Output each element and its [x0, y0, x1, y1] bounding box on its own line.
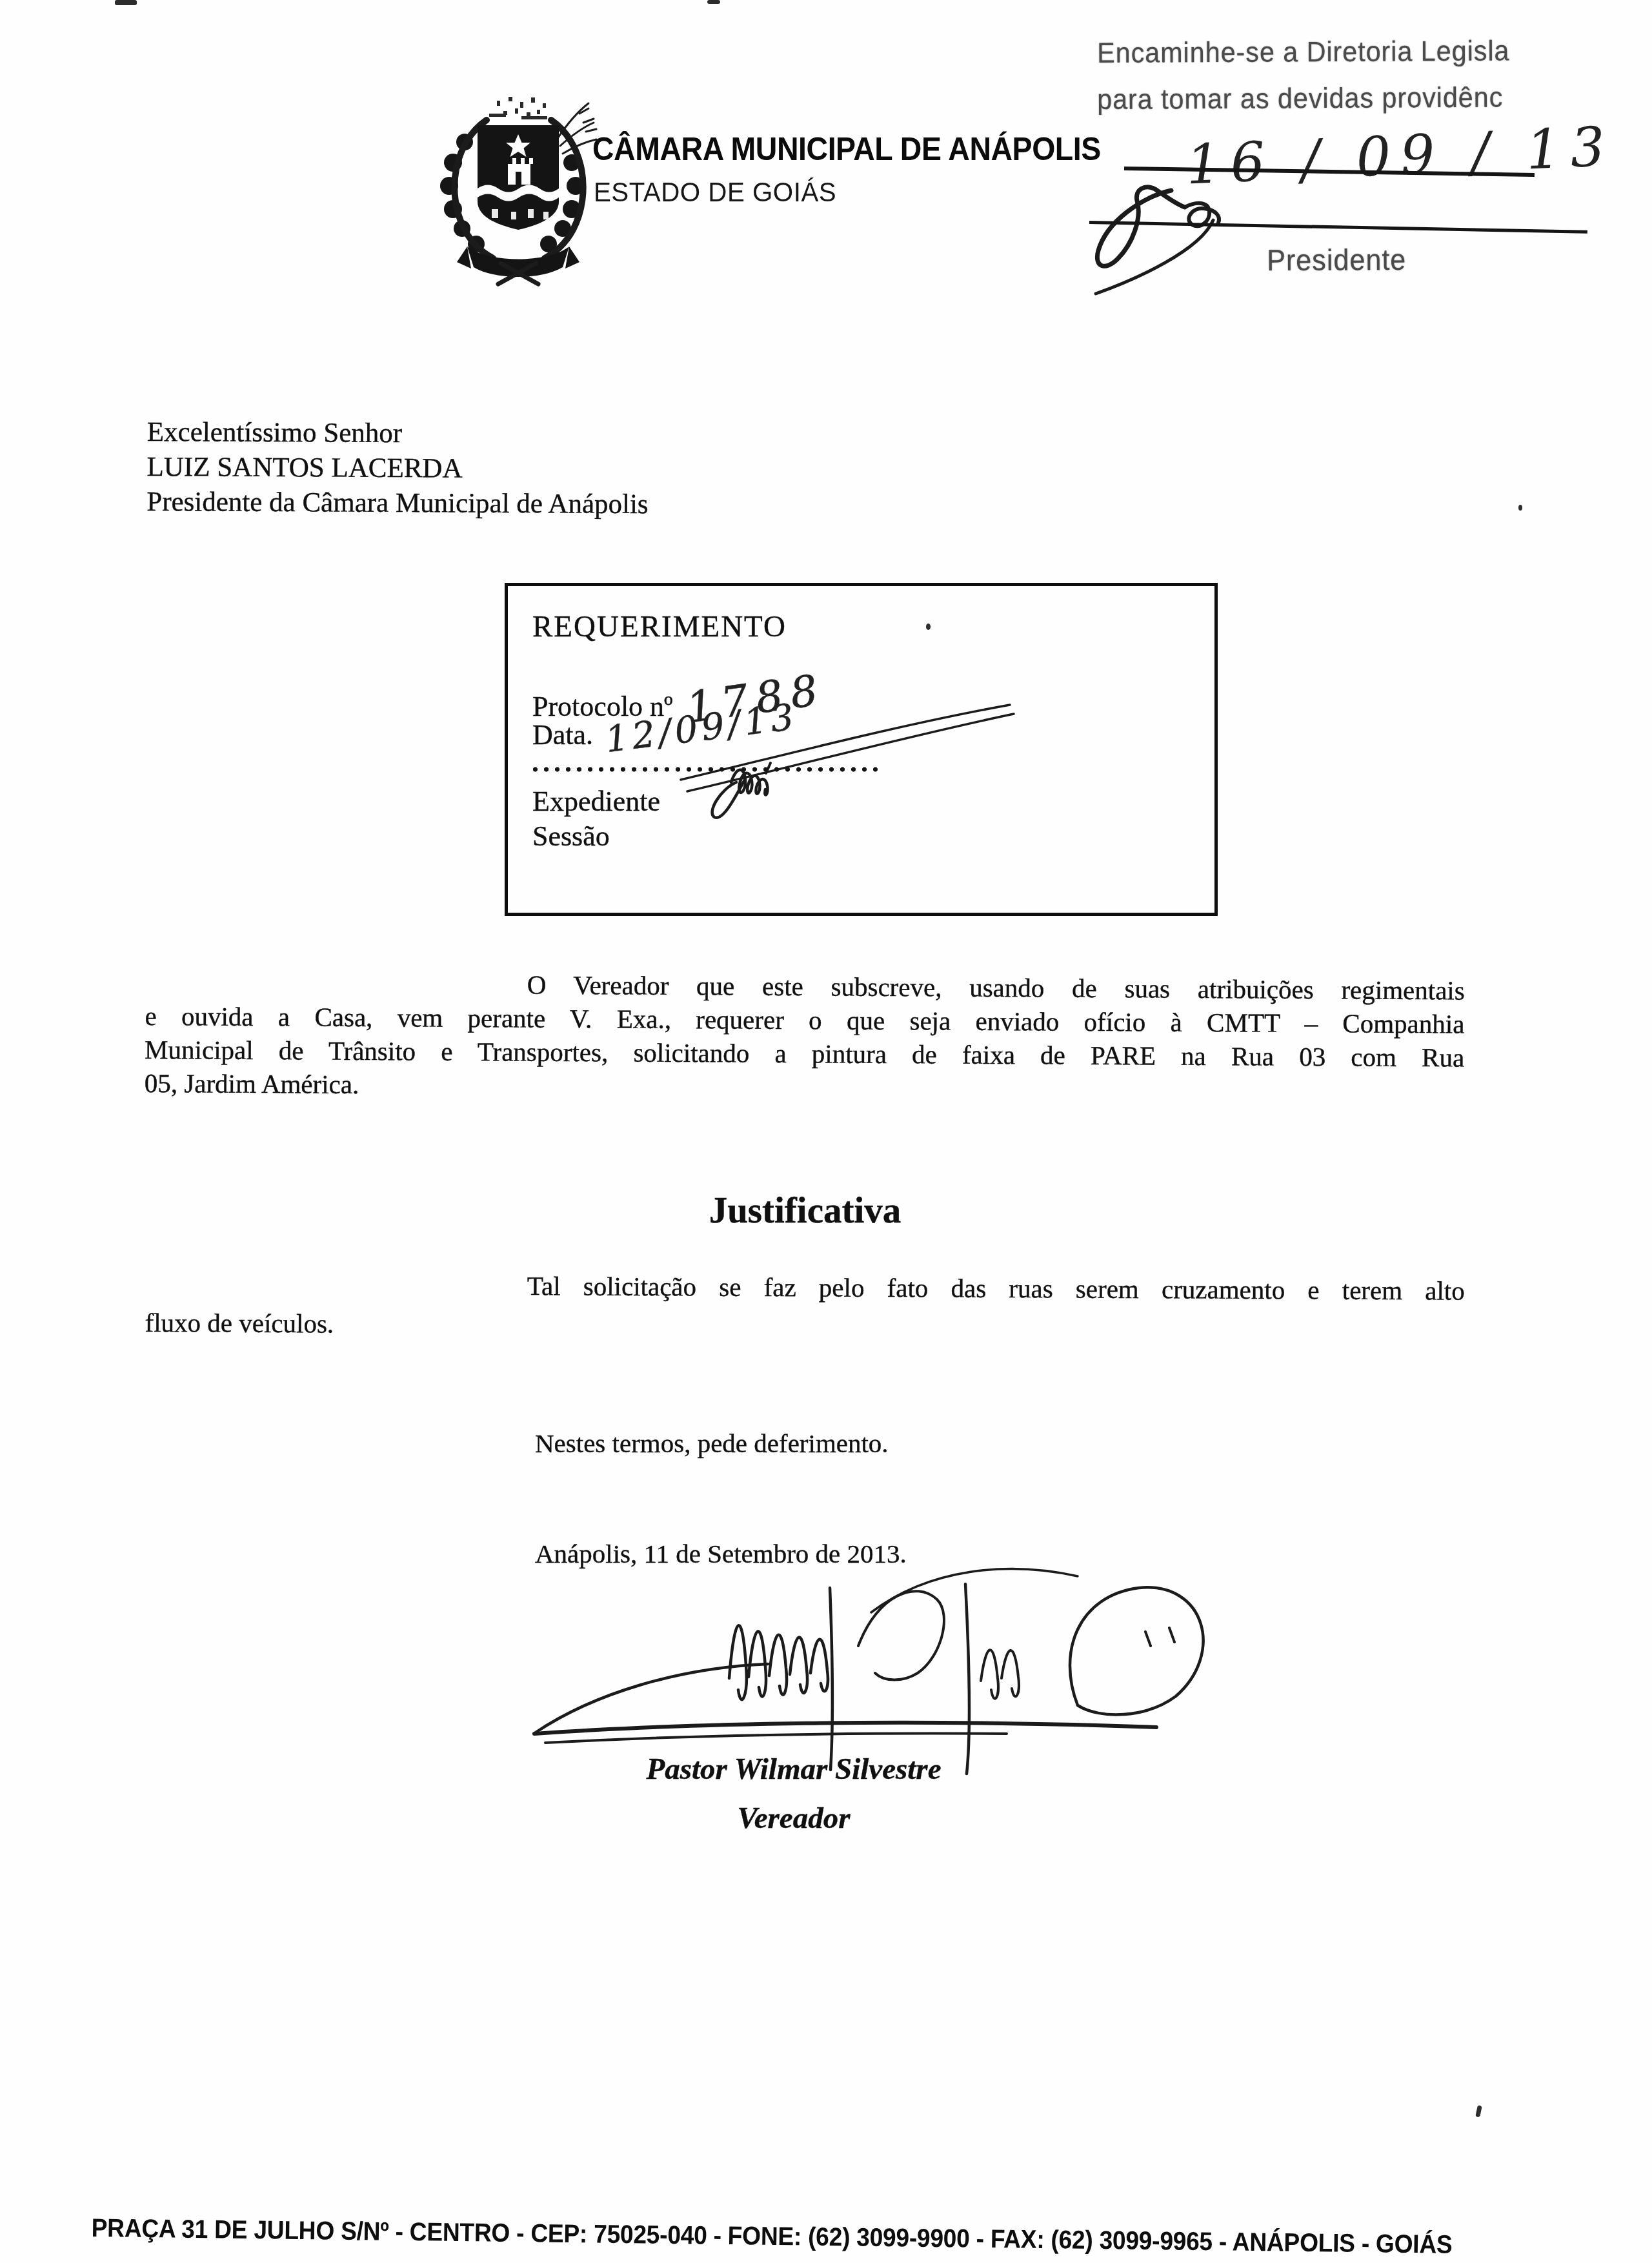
scan-speck: [926, 624, 931, 630]
coat-of-arms-icon: [425, 94, 612, 285]
justification-line: Tal solicitação se faz pelo fato das rua…: [145, 1267, 1465, 1308]
document-page: Encaminhe-se a Diretoria Legisla para to…: [0, 0, 1652, 2263]
signature-block: Pastor Wilmar Silvestre Vereador: [516, 1752, 1071, 1836]
scan-speck: [1475, 2105, 1482, 2117]
addressee-block: Excelentíssimo Senhor LUIZ SANTOS LACERD…: [146, 415, 649, 522]
org-name: CÂMARA MUNICIPAL DE ANÁPOLIS: [592, 130, 1101, 168]
dotted-leader-line: [530, 764, 881, 772]
date-label: Data.: [532, 719, 593, 751]
stamp-line-1: Encaminhe-se a Diretoria Legisla: [1097, 35, 1510, 70]
sessao-label: Sessão: [532, 820, 610, 853]
justification-heading: Justificativa: [145, 1190, 1465, 1232]
signer-role: Vereador: [516, 1801, 1071, 1836]
expediente-label: Expediente: [532, 785, 660, 818]
clerk-signature: [669, 695, 1021, 830]
president-signature: [1058, 183, 1252, 299]
stamp-line-2: para tomar as devidas providênc: [1097, 81, 1503, 116]
request-protocol-box: REQUERIMENTO Protocolo nº 1788 Data. 12/…: [505, 583, 1218, 916]
addressee-name: LUIZ SANTOS LACERDA: [146, 450, 649, 487]
president-label: Presidente: [1267, 242, 1406, 278]
justification-line: fluxo de veículos.: [145, 1306, 1464, 1346]
addressee-salutation: Excelentíssimo Senhor: [147, 415, 649, 452]
request-body-paragraph: O Vereador que este subscreve, usando de…: [145, 966, 1465, 1108]
closing-request: Nestes termos, pede deferimento.: [535, 1428, 889, 1459]
scan-speck: [115, 0, 137, 5]
councilman-signature: [510, 1549, 1252, 1781]
request-box-title: REQUERIMENTO: [532, 609, 787, 644]
org-state: ESTADO DE GOIÁS: [594, 177, 836, 208]
scan-speck: [1518, 505, 1522, 511]
footer-address: PRAÇA 31 DE JULHO S/Nº - CENTRO - CEP: 7…: [91, 2214, 1452, 2260]
scan-speck: [707, 0, 720, 4]
signer-name: Pastor Wilmar Silvestre: [516, 1752, 1071, 1787]
justification-paragraph: Tal solicitação se faz pelo fato das rua…: [145, 1267, 1465, 1346]
addressee-title: Presidente da Câmara Municipal de Anápol…: [146, 485, 649, 522]
